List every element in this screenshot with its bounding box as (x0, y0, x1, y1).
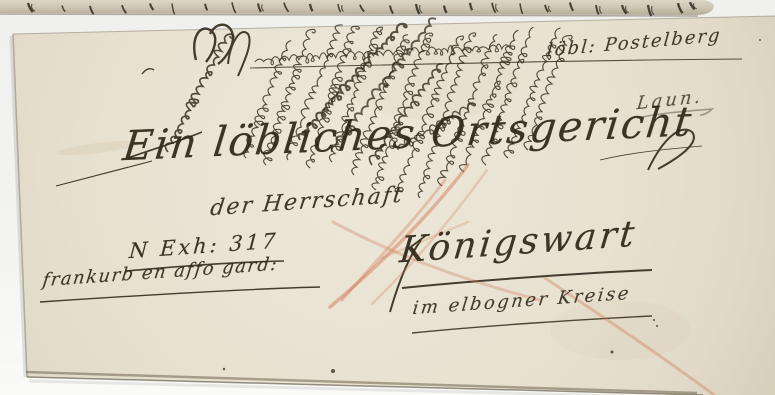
ink-speck (759, 39, 761, 41)
ink-speck (611, 351, 614, 354)
ink-speck (331, 369, 335, 373)
ink-speck (653, 319, 655, 321)
ink-speck (656, 325, 658, 327)
ink-speck (223, 368, 225, 370)
secondary-letter-edge (0, 0, 714, 15)
scanned-letter-photo: löbl: Postelberg Laun. Ein löbliches Ort… (0, 0, 775, 395)
